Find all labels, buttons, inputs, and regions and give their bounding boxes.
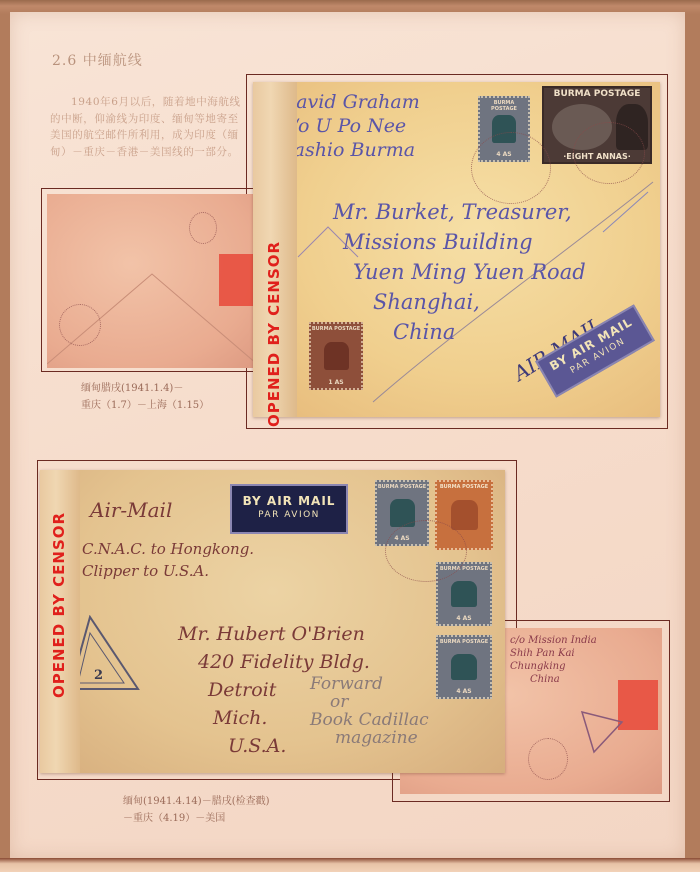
exhibit-1-caption: 缅甸腊戌(1941.1.4)－ 重庆（1.7）－上海（1.15） <box>81 380 209 414</box>
address-line: Missions Building <box>343 227 586 257</box>
address-line: Shanghai, <box>373 287 586 317</box>
stamp-brown: BURMA POSTAGE 1 AS <box>309 322 363 390</box>
sender-line: Lashio Burma <box>281 138 420 162</box>
stamp-label: BURMA POSTAGE <box>544 89 650 99</box>
airmail-label: BY AIR MAIL PAR AVION <box>230 484 348 534</box>
censor-tape: OPENED BY CENSOR <box>253 82 297 417</box>
stamp-label: BURMA POSTAGE <box>377 484 427 490</box>
address-line: 420 Fidelity Bldg. <box>198 648 370 676</box>
frame-bottom-edge <box>0 858 700 872</box>
postmark <box>573 122 645 184</box>
note-line: Book Cadillac <box>310 711 429 729</box>
sender-line: David Graham <box>281 90 420 114</box>
red-stamp <box>618 680 658 730</box>
censor-tape-label: OPENED BY CENSOR <box>50 512 68 698</box>
address-line: China <box>530 673 597 686</box>
section-title: 2.6 中缅航线 <box>52 50 143 70</box>
routing-line: C.N.A.C. to Hongkong. <box>82 538 254 560</box>
recipient-address: Mr. Burket, Treasurer, Missions Building… <box>333 197 586 347</box>
censor-number: 2 <box>94 668 103 683</box>
postmark <box>471 132 551 204</box>
king-portrait <box>451 581 477 607</box>
exhibit-2-caption: 缅甸(1941.4.14)－腊戌(检查戳) －重庆（4.19）－美国 <box>123 793 270 827</box>
stamp-label: BURMA POSTAGE <box>437 484 491 490</box>
stamp-label: BURMA POSTAGE <box>311 326 361 332</box>
address-line: c/o Mission India <box>510 634 597 647</box>
note-line: Forward <box>310 675 429 693</box>
stamp-value: 1 AS <box>311 379 361 386</box>
routing-line: Clipper to U.S.A. <box>82 560 254 582</box>
address-line: Yuen Ming Yuen Road <box>353 257 586 287</box>
address-line: Mr. Burket, Treasurer, <box>333 197 586 227</box>
censor-tape: OPENED BY CENSOR <box>40 470 80 773</box>
king-portrait <box>451 654 477 680</box>
caption-line: －重庆（4.19）－美国 <box>123 810 270 827</box>
postmark <box>385 520 467 582</box>
exhibit-2-front-cover: Air-Mail C.N.A.C. to Hongkong. Clipper t… <box>40 470 505 773</box>
back-cover-address: c/o Mission India Shih Pan Kai Chungking… <box>510 634 597 686</box>
king-portrait <box>324 342 349 370</box>
stamp-value: 4 AS <box>438 615 490 622</box>
postmark <box>189 212 217 244</box>
note-line: or <box>330 693 429 711</box>
stamp-value: 4 AS <box>438 688 490 695</box>
address-line: Shih Pan Kai <box>510 647 597 660</box>
passed-censor-triangle <box>580 708 624 754</box>
airmail-label-line2: PAR AVION <box>232 510 346 520</box>
stamp-blue: BURMA POSTAGE 4 AS <box>436 635 492 699</box>
intro-paragraph: 1940年6月以后，随着地中海航线的中断，仰渝线为印度、缅甸等地寄至美国的航空邮… <box>50 94 246 160</box>
exhibit-1-front-cover: David Graham c/o U Po Nee Lashio Burma M… <box>253 82 660 417</box>
censor-tape-label: OPENED BY CENSOR <box>265 241 283 427</box>
stamp-label: BURMA POSTAGE <box>480 100 528 112</box>
caption-line: 缅甸腊戌(1941.1.4)－ <box>81 380 209 397</box>
routing-note: C.N.A.C. to Hongkong. Clipper to U.S.A. <box>82 538 254 582</box>
postmark <box>528 738 568 780</box>
sender-address: David Graham c/o U Po Nee Lashio Burma <box>281 90 420 162</box>
forward-note: Forward or Book Cadillac magazine <box>310 675 429 747</box>
exhibit-1-back-cover <box>47 194 257 368</box>
address-line: Chungking <box>510 660 597 673</box>
airmail-label-line1: BY AIR MAIL <box>232 494 346 508</box>
address-line: Mr. Hubert O'Brien <box>178 620 370 648</box>
king-portrait <box>451 500 478 529</box>
caption-line: 缅甸(1941.4.14)－腊戌(检查戳) <box>123 793 270 810</box>
caption-line: 重庆（1.7）－上海（1.15） <box>81 397 209 414</box>
sender-line: c/o U Po Nee <box>281 114 420 138</box>
postmark <box>59 304 101 346</box>
routing-airmail: Air-Mail <box>90 498 172 522</box>
stamp-label: BURMA POSTAGE <box>438 639 490 645</box>
red-stamp <box>219 254 257 306</box>
note-line: magazine <box>335 729 429 747</box>
